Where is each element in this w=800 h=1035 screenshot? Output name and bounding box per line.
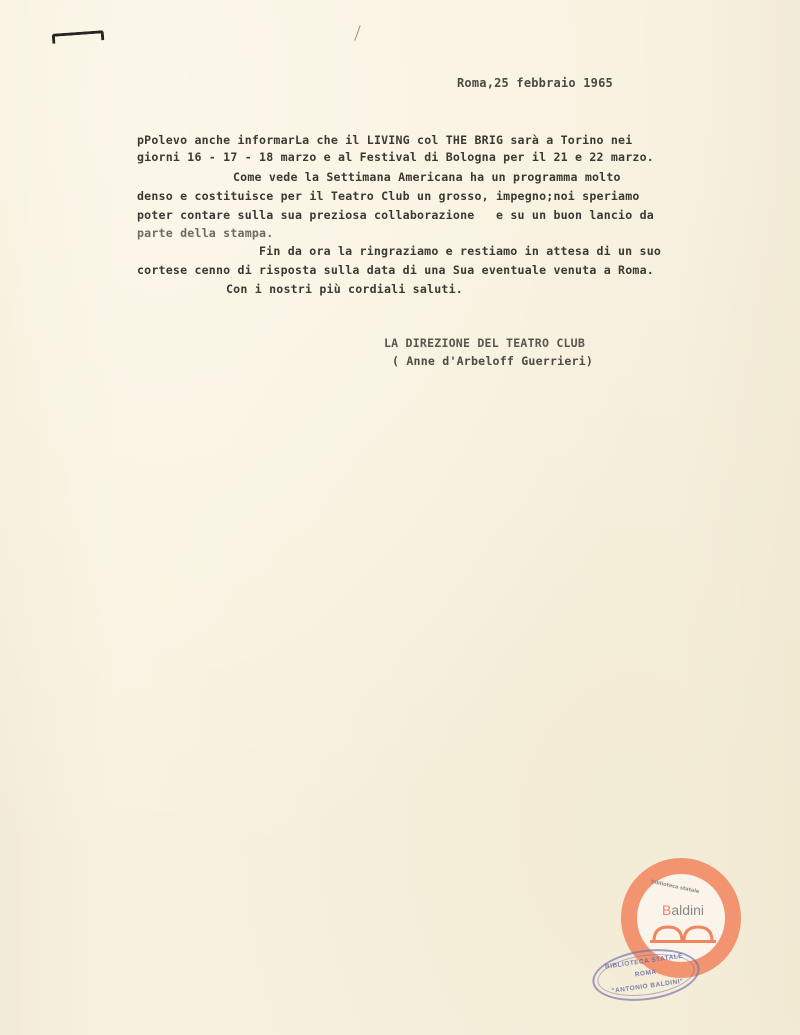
body-line-9: Con i nostri più cordiali saluti.	[226, 282, 463, 296]
signature-organization: LA DIREZIONE DEL TEATRO CLUB	[384, 336, 585, 350]
body-line-3: Come vede la Settimana Americana ha un p…	[233, 170, 621, 184]
letter-page: Roma,25 febbraio 1965 pPolevo anche info…	[0, 0, 800, 1035]
body-line-2: giorni 16 - 17 - 18 marzo e al Festival …	[137, 150, 654, 164]
logo-initial: B	[662, 902, 671, 918]
library-logo-name: Baldini	[648, 902, 718, 918]
body-line-8: cortese cenno di risposta sulla data di …	[137, 263, 654, 277]
letter-date: Roma,25 febbraio 1965	[457, 76, 613, 90]
body-line-6: parte della stampa.	[137, 226, 273, 240]
open-book-icon	[650, 925, 716, 943]
body-line-7: Fin da ora la ringraziamo e restiamo in …	[259, 244, 661, 258]
signature-name: ( Anne d'Arbeloff Guerrieri)	[392, 354, 593, 368]
body-line-1: pPolevo anche informarLa che il LIVING c…	[137, 133, 632, 147]
body-line-4: denso e costituisce per il Teatro Club u…	[137, 189, 640, 203]
logo-name-rest: aldini	[671, 902, 704, 918]
paper-clip-mark	[52, 30, 105, 44]
library-ink-stamp: BIBLIOTECA STATALE ROMA "ANTONIO BALDINI…	[589, 943, 703, 1008]
pen-mark	[354, 25, 360, 40]
body-line-5: poter contare sulla sua preziosa collabo…	[137, 208, 654, 222]
